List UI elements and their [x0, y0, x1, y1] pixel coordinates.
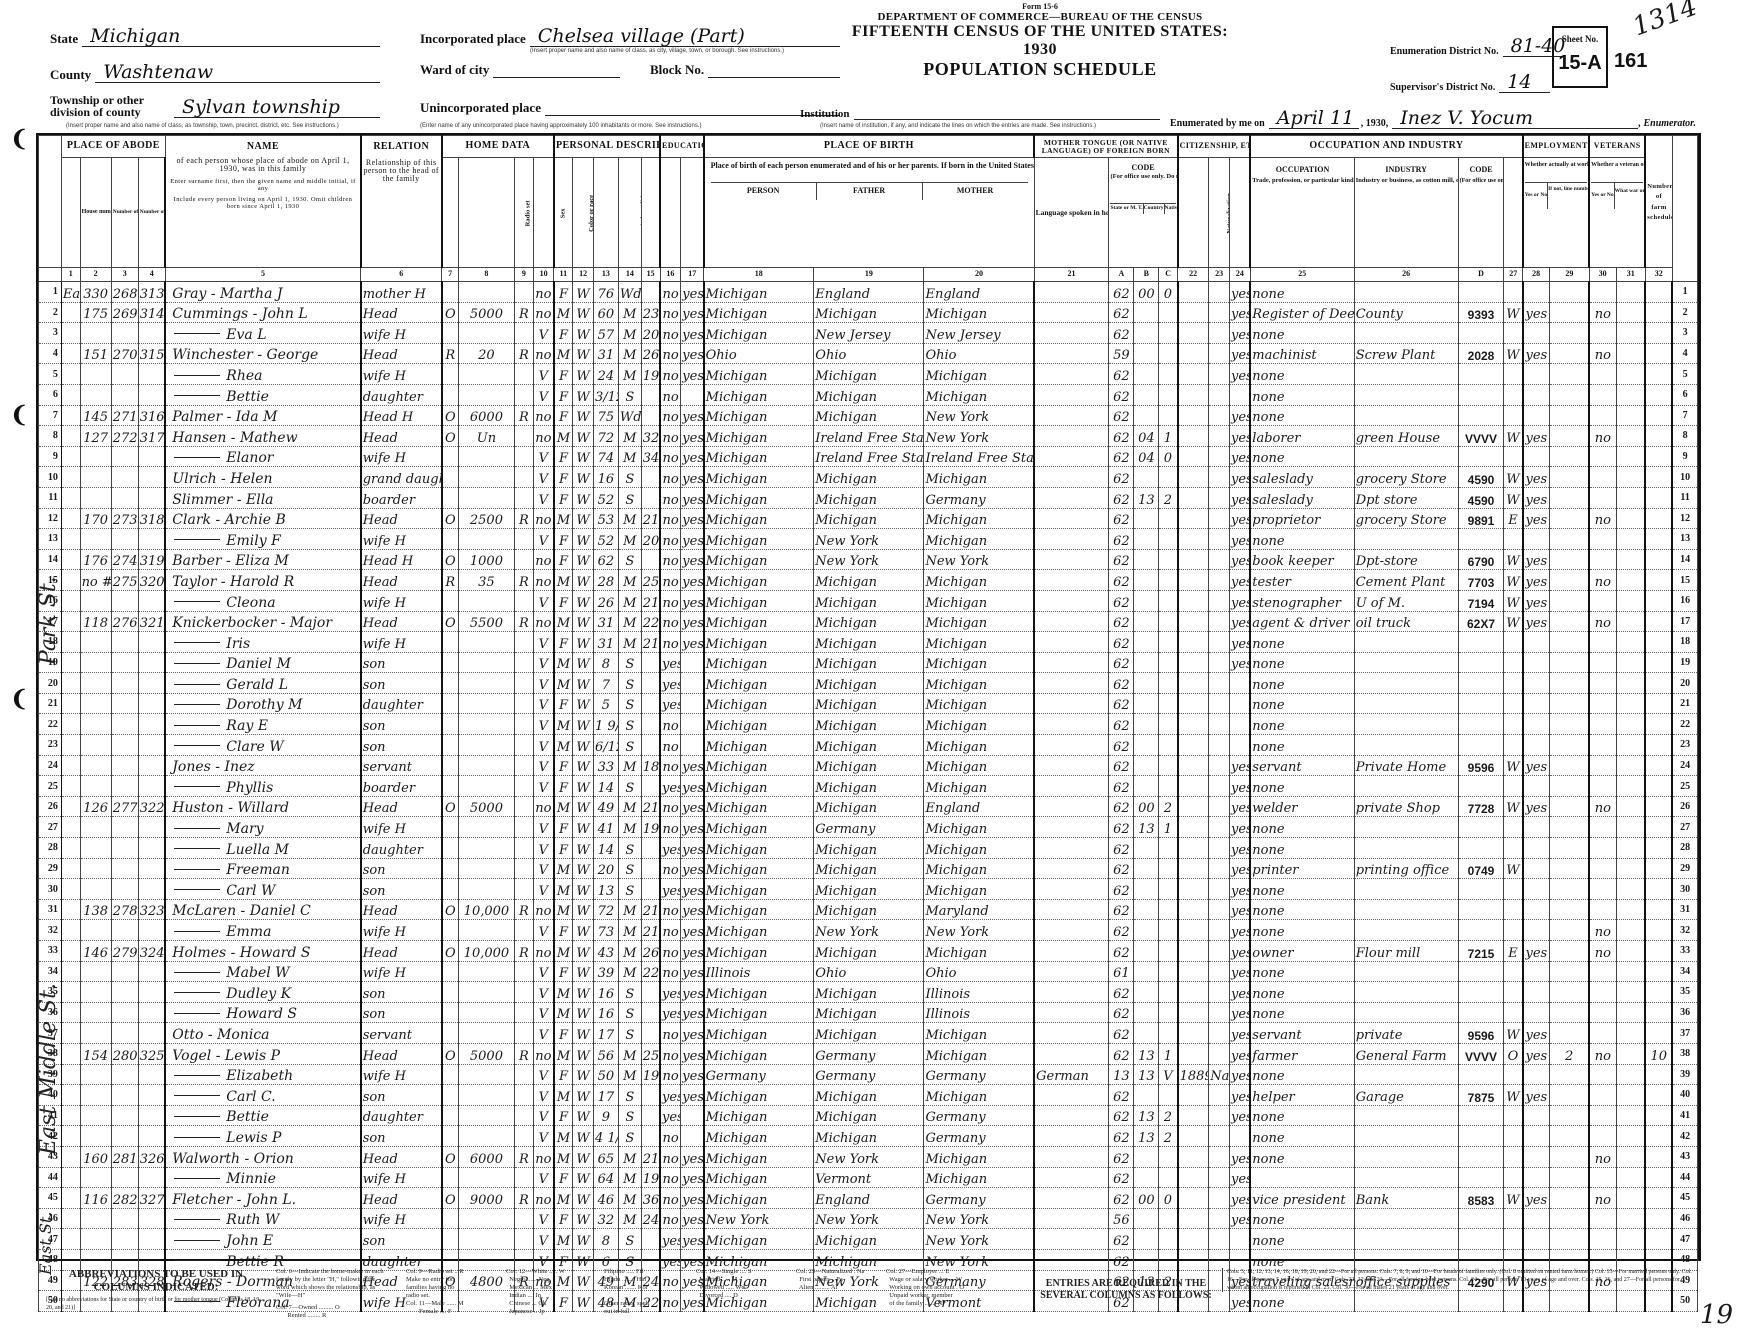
column-number: 14: [618, 268, 641, 282]
dwelling-number: [111, 982, 138, 1003]
sd-value: 14: [1499, 72, 1550, 93]
birthplace-father: Michigan: [814, 941, 924, 962]
at-work: [1523, 899, 1550, 920]
line-right-header: [1672, 136, 1697, 282]
unemployment-line: [1550, 920, 1590, 941]
occupation-code: [1458, 405, 1504, 426]
dwelling-number: 279: [111, 941, 138, 962]
entries-title: ENTRIES ARE REQUIRED IN THE SEVERAL COLU…: [1036, 1278, 1216, 1302]
person-name: Bettie: [165, 1105, 360, 1126]
radio-header-label: Radio set: [525, 200, 532, 226]
immigration-year: [1178, 1105, 1209, 1126]
group-occupation: OCCUPATION AND INDUSTRY: [1250, 136, 1522, 158]
line-number: 34: [39, 961, 62, 982]
farm-schedule: [1645, 1105, 1672, 1126]
home-value: [458, 323, 514, 344]
age: 64: [593, 1167, 618, 1188]
radio-set: [514, 549, 533, 570]
age-first-marriage: [641, 652, 660, 673]
speaks-english: yes: [1230, 302, 1251, 323]
column-number: 15: [641, 268, 660, 282]
birthplace-person: Michigan: [704, 673, 814, 694]
marital: S: [618, 467, 641, 488]
farm: V: [533, 961, 554, 982]
home-owned: [442, 817, 459, 838]
house-number: [80, 529, 111, 550]
age: 8: [593, 1229, 618, 1250]
read-write: [681, 1126, 704, 1147]
person-name: Clark - Archie B: [165, 508, 360, 529]
at-work: [1523, 776, 1550, 797]
birthplace-person: Michigan: [704, 1105, 814, 1126]
home-value: [458, 735, 514, 756]
unemployment-line: [1550, 549, 1590, 570]
birthplace-mother: New York: [924, 1229, 1034, 1250]
code-a: 56: [1109, 1208, 1134, 1229]
war: [1616, 1126, 1645, 1147]
veteran: [1589, 1023, 1616, 1044]
home-value: 35: [458, 570, 514, 591]
war: [1616, 838, 1645, 859]
home-owned: [442, 1105, 459, 1126]
table-row: 10Ulrich - Helengrand daughterVFW16Snoye…: [39, 467, 1698, 488]
worker-class: W: [1504, 426, 1523, 447]
column-number: 9: [514, 268, 533, 282]
group-mother-tongue: MOTHER TONGUE (OR NATIVE LANGUAGE) OF FO…: [1034, 136, 1177, 158]
war: [1616, 1146, 1645, 1167]
veteran: [1589, 590, 1616, 611]
speaks-english: yes: [1230, 776, 1251, 797]
table-row: 34Mabel Wwife HVFW39M22noyesIllinoisOhio…: [39, 961, 1698, 982]
birthplace-father: Ohio: [814, 343, 924, 364]
birthplace-father: Michigan: [814, 364, 924, 385]
incorporated-field: Incorporated place Chelsea village (Part…: [420, 26, 840, 47]
naturalization: [1209, 1146, 1230, 1167]
home-owned: [442, 632, 459, 653]
person-name: Jones - Inez: [165, 755, 360, 776]
school: no: [660, 714, 681, 735]
birthplace-person: Michigan: [704, 1002, 814, 1023]
street-cell: [61, 1023, 80, 1044]
person-name: Minnie: [165, 1167, 360, 1188]
birthplace-person: Michigan: [704, 982, 814, 1003]
birthplace-person: Michigan: [704, 714, 814, 735]
birthplace-father: New York: [814, 529, 924, 550]
age-first-marriage: 26: [641, 343, 660, 364]
person-name: Lewis P: [165, 1126, 360, 1147]
birthplace-mother: Michigan: [924, 590, 1034, 611]
farm-schedule: [1645, 590, 1672, 611]
code-c: [1159, 776, 1178, 797]
industry: [1354, 1167, 1458, 1188]
farm-schedule: [1645, 1229, 1672, 1250]
unemployment-line: [1550, 282, 1590, 303]
family-number: [138, 384, 165, 405]
color: W: [573, 673, 594, 694]
farm: V: [533, 755, 554, 776]
naturalization: [1209, 941, 1230, 962]
veteran: [1589, 817, 1616, 838]
color: W: [573, 879, 594, 900]
birthplace-mother: Michigan: [924, 714, 1034, 735]
birthplace-father: New York: [814, 1208, 924, 1229]
read-write: yes: [681, 920, 704, 941]
unemployment-line: [1550, 487, 1590, 508]
home-owned: [442, 323, 459, 344]
at-work: [1523, 920, 1550, 941]
age: 3/12: [593, 384, 618, 405]
worker-class: [1504, 1126, 1523, 1147]
radio-set: [514, 693, 533, 714]
code-a: 62: [1109, 1105, 1134, 1126]
house-number: 160: [80, 1146, 111, 1167]
mother-tongue: [1034, 487, 1109, 508]
sex: F: [554, 529, 573, 550]
relation: servant: [361, 755, 442, 776]
marital: Wd: [618, 405, 641, 426]
code-b: [1134, 755, 1159, 776]
name-header-instr1: Enter surname first, then the given name…: [167, 179, 358, 193]
school: yes: [660, 1229, 681, 1250]
unemployment-line: [1550, 1002, 1590, 1023]
dwelling-number: 281: [111, 1146, 138, 1167]
birthplace-mother: Michigan: [924, 1167, 1034, 1188]
read-write: yes: [681, 879, 704, 900]
birthplace-father: Michigan: [814, 714, 924, 735]
speaks-english: [1230, 1126, 1251, 1147]
home-owned: [442, 693, 459, 714]
occupation-header: OCCUPATION Trade, profession, or particu…: [1250, 158, 1354, 268]
dwelling-number: 277: [111, 796, 138, 817]
speaks-english: yes: [1230, 611, 1251, 632]
sex: M: [554, 858, 573, 879]
occupation: none: [1250, 817, 1354, 838]
code-c: [1159, 508, 1178, 529]
family-number: [138, 632, 165, 653]
marital: M: [618, 817, 641, 838]
radio-set: R: [514, 405, 533, 426]
dwelling-number: [111, 755, 138, 776]
line-number: 22: [39, 714, 62, 735]
immigration-year: [1178, 1208, 1209, 1229]
line-number-right: 43: [1672, 1146, 1697, 1167]
radio-set: [514, 776, 533, 797]
line-number-right: 19: [1672, 652, 1697, 673]
code-b: [1134, 1229, 1159, 1250]
birthplace-person: Michigan: [704, 920, 814, 941]
marital-header: Marital condition: [618, 158, 641, 268]
birthplace-father: Michigan: [814, 487, 924, 508]
immigration-year: [1178, 817, 1209, 838]
line-number-right: 26: [1672, 796, 1697, 817]
column-number: 22: [1178, 268, 1209, 282]
speaks-english: yes: [1230, 1208, 1251, 1229]
birthplace-father: New York: [814, 1146, 924, 1167]
read-write: yes: [681, 1167, 704, 1188]
column-number: 7: [442, 268, 459, 282]
incorporated-note: (Insert proper name and also name of cla…: [530, 48, 784, 54]
township-field: Township or other division of county Syl…: [50, 94, 380, 118]
war: [1616, 1002, 1645, 1023]
veteran: [1589, 838, 1616, 859]
immigration-year: [1178, 1043, 1209, 1064]
color: W: [573, 1085, 594, 1106]
worker-class: [1504, 364, 1523, 385]
code-b: 13: [1134, 1105, 1159, 1126]
birthplace-person: Michigan: [704, 1188, 814, 1209]
farm: V: [533, 323, 554, 344]
street-cell: [61, 652, 80, 673]
age: 31: [593, 611, 618, 632]
column-number: 8: [458, 268, 514, 282]
immigration-year: [1178, 487, 1209, 508]
school: no: [660, 611, 681, 632]
radio-set: R: [514, 508, 533, 529]
age-first-marriage: 20: [641, 323, 660, 344]
code-a: 62: [1109, 817, 1134, 838]
institution-note: (Insert name of institution, if any, and…: [820, 123, 1096, 129]
birthplace-person: Michigan: [704, 590, 814, 611]
relation: Head: [361, 570, 442, 591]
sex: M: [554, 899, 573, 920]
immigration-header: Year of immigration to the United States: [1178, 158, 1209, 268]
family-number: [138, 1105, 165, 1126]
footer-abbreviations: ABBREVIATIONS TO BE USED IN COLUMNS INDI…: [36, 1266, 1701, 1326]
home-value: 10,000: [458, 899, 514, 920]
veteran: no: [1589, 426, 1616, 447]
code-b: 00: [1134, 796, 1159, 817]
industry-desc: Industry or business, as cotton mill, dr…: [1356, 178, 1457, 185]
house-number: [80, 838, 111, 859]
line-number: 2: [39, 302, 62, 323]
house-number: 176: [80, 549, 111, 570]
enumerator-label: , Enumerator.: [1638, 118, 1696, 129]
house-number: [80, 487, 111, 508]
home-owned: R: [442, 570, 459, 591]
code-b: [1134, 529, 1159, 550]
read-write: yes: [681, 796, 704, 817]
code-a: 62: [1109, 508, 1134, 529]
marital: S: [618, 1126, 641, 1147]
color: W: [573, 446, 594, 467]
sex: M: [554, 673, 573, 694]
age: 17: [593, 1023, 618, 1044]
industry: U of M.: [1354, 590, 1458, 611]
birthplace-mother: Michigan: [924, 508, 1034, 529]
sex: F: [554, 323, 573, 344]
industry: [1354, 1146, 1458, 1167]
read-write: yes: [681, 755, 704, 776]
veteran: [1589, 446, 1616, 467]
code-b: [1134, 467, 1159, 488]
family-number: [138, 1208, 165, 1229]
at-work: [1523, 838, 1550, 859]
occupation-code: [1458, 632, 1504, 653]
birthplace-father: Michigan: [814, 858, 924, 879]
code-b: [1134, 508, 1159, 529]
birthplace-person: Michigan: [704, 323, 814, 344]
speaks-english: yes: [1230, 1043, 1251, 1064]
at-work: [1523, 282, 1550, 303]
sex: F: [554, 487, 573, 508]
age: 52: [593, 487, 618, 508]
age-first-marriage: [641, 1023, 660, 1044]
family-number: [138, 982, 165, 1003]
birthplace-mother: Illinois: [924, 982, 1034, 1003]
home-owned: [442, 446, 459, 467]
occupation: none: [1250, 632, 1354, 653]
home-value: [458, 693, 514, 714]
state-value: Michigan: [82, 26, 380, 47]
code-b: 13: [1134, 1064, 1159, 1085]
at-work: [1523, 817, 1550, 838]
birthplace-mother: Maryland: [924, 899, 1034, 920]
school: no: [660, 323, 681, 344]
code-c: [1159, 611, 1178, 632]
table-row: 46Ruth Wwife HVFW32M24noyesNew YorkNew Y…: [39, 1208, 1698, 1229]
street-cell: [61, 1126, 80, 1147]
age: 57: [593, 323, 618, 344]
farm: V: [533, 1208, 554, 1229]
line-number-right: 17: [1672, 611, 1697, 632]
farm: no: [533, 899, 554, 920]
war: [1616, 590, 1645, 611]
age: 46: [593, 1188, 618, 1209]
veteran: [1589, 714, 1616, 735]
sex: M: [554, 426, 573, 447]
age-first-marriage: [641, 838, 660, 859]
at-work: yes: [1523, 302, 1550, 323]
birthplace-person: Germany: [704, 1064, 814, 1085]
birthplace-person: Michigan: [704, 282, 814, 303]
birthplace-person: New York: [704, 1208, 814, 1229]
house-number: [80, 467, 111, 488]
ward-field: Ward of city: [420, 62, 620, 78]
birthplace-mother: England: [924, 282, 1034, 303]
occupation-code: 7728: [1458, 796, 1504, 817]
house-number: [80, 755, 111, 776]
line-number: 20: [39, 673, 62, 694]
age: 13: [593, 879, 618, 900]
relation: wife H: [361, 364, 442, 385]
unemployment-line: [1550, 1105, 1590, 1126]
line-number-right: 15: [1672, 570, 1697, 591]
birthplace-mother: New York: [924, 1208, 1034, 1229]
mother-tongue: [1034, 590, 1109, 611]
code-b: [1134, 590, 1159, 611]
code-c: [1159, 384, 1178, 405]
code-a: 62: [1109, 570, 1134, 591]
farm: V: [533, 1023, 554, 1044]
code-c-header: Nativity: [1165, 204, 1178, 214]
sex: F: [554, 549, 573, 570]
industry: [1354, 446, 1458, 467]
birthplace-person: Michigan: [704, 508, 814, 529]
occupation: none: [1250, 364, 1354, 385]
birthplace-mother: Michigan: [924, 384, 1034, 405]
farm-schedule: [1645, 961, 1672, 982]
dwelling-number: [111, 673, 138, 694]
table-row: 44Minniewife HVFW64M19noyesMichiganVermo…: [39, 1167, 1698, 1188]
street-cell: [61, 426, 80, 447]
marital: M: [618, 508, 641, 529]
home-owned: [442, 858, 459, 879]
immigration-year: [1178, 1229, 1209, 1250]
mother-tongue: [1034, 1043, 1109, 1064]
industry: [1354, 838, 1458, 859]
column-number: 16: [660, 268, 681, 282]
person-name: Mabel W: [165, 961, 360, 982]
age: 20: [593, 858, 618, 879]
war: [1616, 343, 1645, 364]
age: 8: [593, 652, 618, 673]
farm: V: [533, 1229, 554, 1250]
war: [1616, 1105, 1645, 1126]
sex-header-label: Sex: [560, 208, 567, 218]
code-c: [1159, 549, 1178, 570]
occupation-code: 9596: [1458, 1023, 1504, 1044]
marital: S: [618, 1023, 641, 1044]
school: no: [660, 549, 681, 570]
street-cell: [61, 405, 80, 426]
home-owned: O: [442, 549, 459, 570]
code-b-header: Country: [1144, 204, 1165, 214]
farm: no: [533, 282, 554, 303]
street-cell: [61, 529, 80, 550]
unemployment-line: [1550, 1126, 1590, 1147]
mother-tongue: [1034, 343, 1109, 364]
street-cell: [61, 570, 80, 591]
read-write: [681, 673, 704, 694]
unemployment-line: [1550, 858, 1590, 879]
occupation: none: [1250, 838, 1354, 859]
occupation-code: 4590: [1458, 467, 1504, 488]
line-number-right: 46: [1672, 1208, 1697, 1229]
worker-class: [1504, 961, 1523, 982]
birthplace-father: Michigan: [814, 982, 924, 1003]
at-work: [1523, 714, 1550, 735]
war: [1616, 1023, 1645, 1044]
radio-set: [514, 1105, 533, 1126]
line-number: 33: [39, 941, 62, 962]
birthplace-father: Michigan: [814, 673, 924, 694]
home-owned: [442, 1167, 459, 1188]
birthplace-person: Michigan: [704, 487, 814, 508]
war: [1616, 941, 1645, 962]
line-number: 14: [39, 549, 62, 570]
house-number: [80, 858, 111, 879]
code-a: 62: [1109, 282, 1134, 303]
house-number: 175: [80, 302, 111, 323]
birthplace-person: Michigan: [704, 1043, 814, 1064]
code-b: [1134, 1002, 1159, 1023]
code-a: 62: [1109, 611, 1134, 632]
school: no: [660, 1043, 681, 1064]
home-owned: [442, 1229, 459, 1250]
occupation: none: [1250, 529, 1354, 550]
color: W: [573, 796, 594, 817]
radio-set: [514, 1085, 533, 1106]
speaks-english: yes: [1230, 323, 1251, 344]
veteran: [1589, 1105, 1616, 1126]
immigration-year: [1178, 446, 1209, 467]
occupation-code: 9891: [1458, 508, 1504, 529]
radio-set: [514, 982, 533, 1003]
marital: M: [618, 961, 641, 982]
dwelling-header: Number of dwelling house in order of vis…: [111, 158, 138, 268]
mother-tongue: [1034, 1105, 1109, 1126]
birthplace-father: Michigan: [814, 1002, 924, 1023]
